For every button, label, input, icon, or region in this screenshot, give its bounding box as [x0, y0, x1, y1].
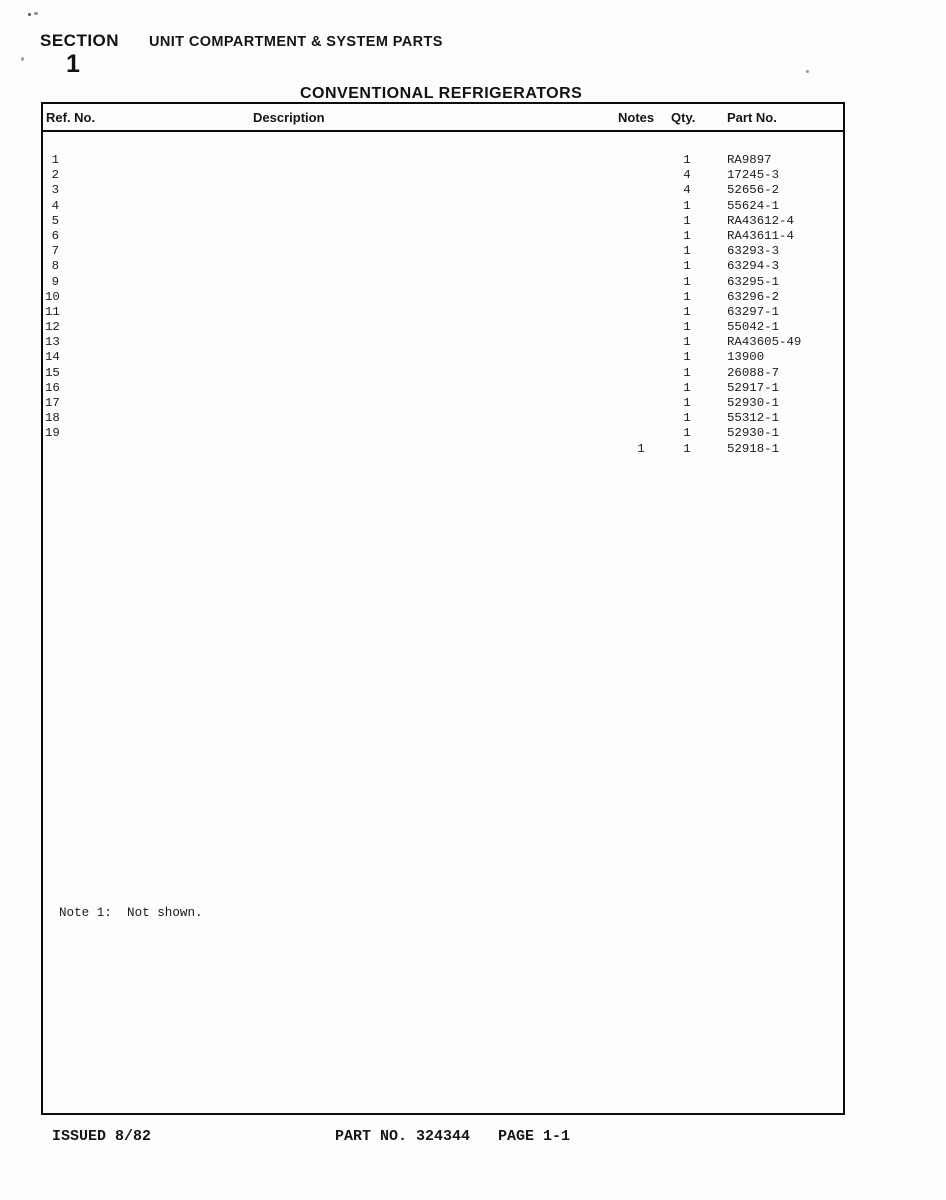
table-row: 6Evaporator assembly (56552-1)----------… [43, 229, 843, 244]
table-row: Lead cord, compressor assy--------------… [43, 442, 843, 457]
scan-speck [34, 12, 38, 15]
cell-ref-no: 17 [45, 396, 59, 411]
footer-part-no: PART NO. 324344 [335, 1128, 470, 1145]
cell-qty: 1 [669, 335, 705, 350]
column-header-part-no: Part No. [727, 110, 777, 125]
cell-part-no: 55312-1 [727, 411, 839, 426]
issued-date: ISSUED 8/82 [52, 1128, 151, 1145]
table-row: 12Clip, compressor leads----------------… [43, 320, 843, 335]
cell-part-no: 63297-1 [727, 305, 839, 320]
column-header-qty: Qty. [671, 110, 695, 125]
table-row: 16Line cord-----------------------------… [43, 381, 843, 396]
table-row: 13Heat exchanger (65014-5)--------------… [43, 335, 843, 350]
cell-ref-no: 15 [45, 366, 59, 381]
column-header-notes: Notes [618, 110, 654, 125]
cell-part-no: 52918-1 [727, 442, 839, 457]
cell-part-no: RA9897 [727, 153, 839, 168]
cell-ref-no: 12 [45, 320, 59, 335]
cell-qty: 1 [669, 396, 705, 411]
column-header-ref-no: Ref. No. [46, 110, 95, 125]
cell-ref-no: 6 [45, 229, 59, 244]
table-row: 1Compressor (62298-10)------------------… [43, 153, 843, 168]
cell-qty: 1 [669, 305, 705, 320]
scan-speck [21, 57, 24, 61]
table-row: 5Condenser (54828-1)--------------------… [43, 214, 843, 229]
cell-ref-no: 13 [45, 335, 59, 350]
table-row: 3Plug, grommet--------------------------… [43, 183, 843, 198]
cell-part-no: 26088-7 [727, 366, 839, 381]
cell-qty: 1 [669, 259, 705, 274]
footer-page-no: PAGE 1-1 [498, 1128, 570, 1145]
scan-speck [806, 70, 809, 73]
cell-qty: 1 [669, 320, 705, 335]
table-row: 19Grommet, cabinet bottom---------------… [43, 426, 843, 441]
section-number: 1 [66, 50, 80, 79]
cell-qty: 1 [669, 244, 705, 259]
cell-qty: 1 [669, 426, 705, 441]
cell-ref-no: 2 [45, 168, 59, 183]
column-header-description: Description [253, 110, 325, 125]
cell-part-no: RA43605-49 [727, 335, 839, 350]
cell-ref-no: 7 [45, 244, 59, 259]
cell-ref-no: 10 [45, 290, 59, 305]
cell-qty: 1 [669, 442, 705, 457]
note-text: Note 1: Not shown. [59, 906, 203, 920]
cell-part-no: 63296-2 [727, 290, 839, 305]
table-row: 9Clip, overload mtg---------------------… [43, 275, 843, 290]
cell-ref-no: 19 [45, 426, 59, 441]
cell-part-no: RA43611-4 [727, 229, 839, 244]
cell-qty: 1 [669, 214, 705, 229]
table-row: 8Overload-------------------------------… [43, 259, 843, 274]
cell-qty: 1 [669, 366, 705, 381]
cell-ref-no: 14 [45, 350, 59, 365]
parts-table: Ref. No. Description Notes Qty. Part No.… [41, 102, 845, 1115]
cell-part-no: RA43612-4 [727, 214, 839, 229]
scan-speck [28, 13, 31, 16]
table-row: 14Drier---------------------------------… [43, 350, 843, 365]
table-row: 10Terminal cover------------------------… [43, 290, 843, 305]
cell-qty: 1 [669, 275, 705, 290]
table-row: 11Clip, terminal cover------------------… [43, 305, 843, 320]
cell-notes: 1 [613, 442, 669, 457]
cell-ref-no: 18 [45, 411, 59, 426]
cell-part-no: 17245-3 [727, 168, 839, 183]
table-row: 15Vinyl sleeve, heat exchanger tubing---… [43, 366, 843, 381]
cell-ref-no: 5 [45, 214, 59, 229]
page-title: CONVENTIONAL REFRIGERATORS [300, 85, 582, 103]
cell-part-no: 52930-1 [727, 426, 839, 441]
table-row: 18Grommet, suction tubing---------------… [43, 411, 843, 426]
cell-part-no: 52656-2 [727, 183, 839, 198]
cell-qty: 1 [669, 153, 705, 168]
table-row: 17Grommet, power cord strain relief-----… [43, 396, 843, 411]
cell-qty: 1 [669, 350, 705, 365]
cell-ref-no: 1 [45, 153, 59, 168]
cell-qty: 1 [669, 290, 705, 305]
table-row: 2Grommet, compressor mtg----------------… [43, 168, 843, 183]
cell-part-no: 13900 [727, 350, 839, 365]
table-header-row: Ref. No. Description Notes Qty. Part No. [43, 104, 843, 132]
cell-ref-no: 4 [45, 199, 59, 214]
cell-ref-no: 16 [45, 381, 59, 396]
section-subtitle: UNIT COMPARTMENT & SYSTEM PARTS [149, 34, 443, 50]
table-row: 4Clip, mtg compressor-------------------… [43, 199, 843, 214]
cell-ref-no: 11 [45, 305, 59, 320]
cell-ref-no: 9 [45, 275, 59, 290]
cell-part-no: 55624-1 [727, 199, 839, 214]
cell-part-no: 55042-1 [727, 320, 839, 335]
cell-qty: 4 [669, 168, 705, 183]
cell-part-no: 63294-3 [727, 259, 839, 274]
cell-part-no: 63293-3 [727, 244, 839, 259]
cell-qty: 4 [669, 183, 705, 198]
cell-part-no: 52917-1 [727, 381, 839, 396]
cell-part-no: 63295-1 [727, 275, 839, 290]
parts-rows: 1Compressor (62298-10)------------------… [43, 153, 843, 457]
cell-part-no: 52930-1 [727, 396, 839, 411]
cell-ref-no: 8 [45, 259, 59, 274]
cell-qty: 1 [669, 381, 705, 396]
section-label: SECTION [40, 31, 119, 51]
table-row: 7Starting relay-------------------------… [43, 244, 843, 259]
cell-qty: 1 [669, 411, 705, 426]
cell-qty: 1 [669, 229, 705, 244]
cell-ref-no: 3 [45, 183, 59, 198]
cell-qty: 1 [669, 199, 705, 214]
